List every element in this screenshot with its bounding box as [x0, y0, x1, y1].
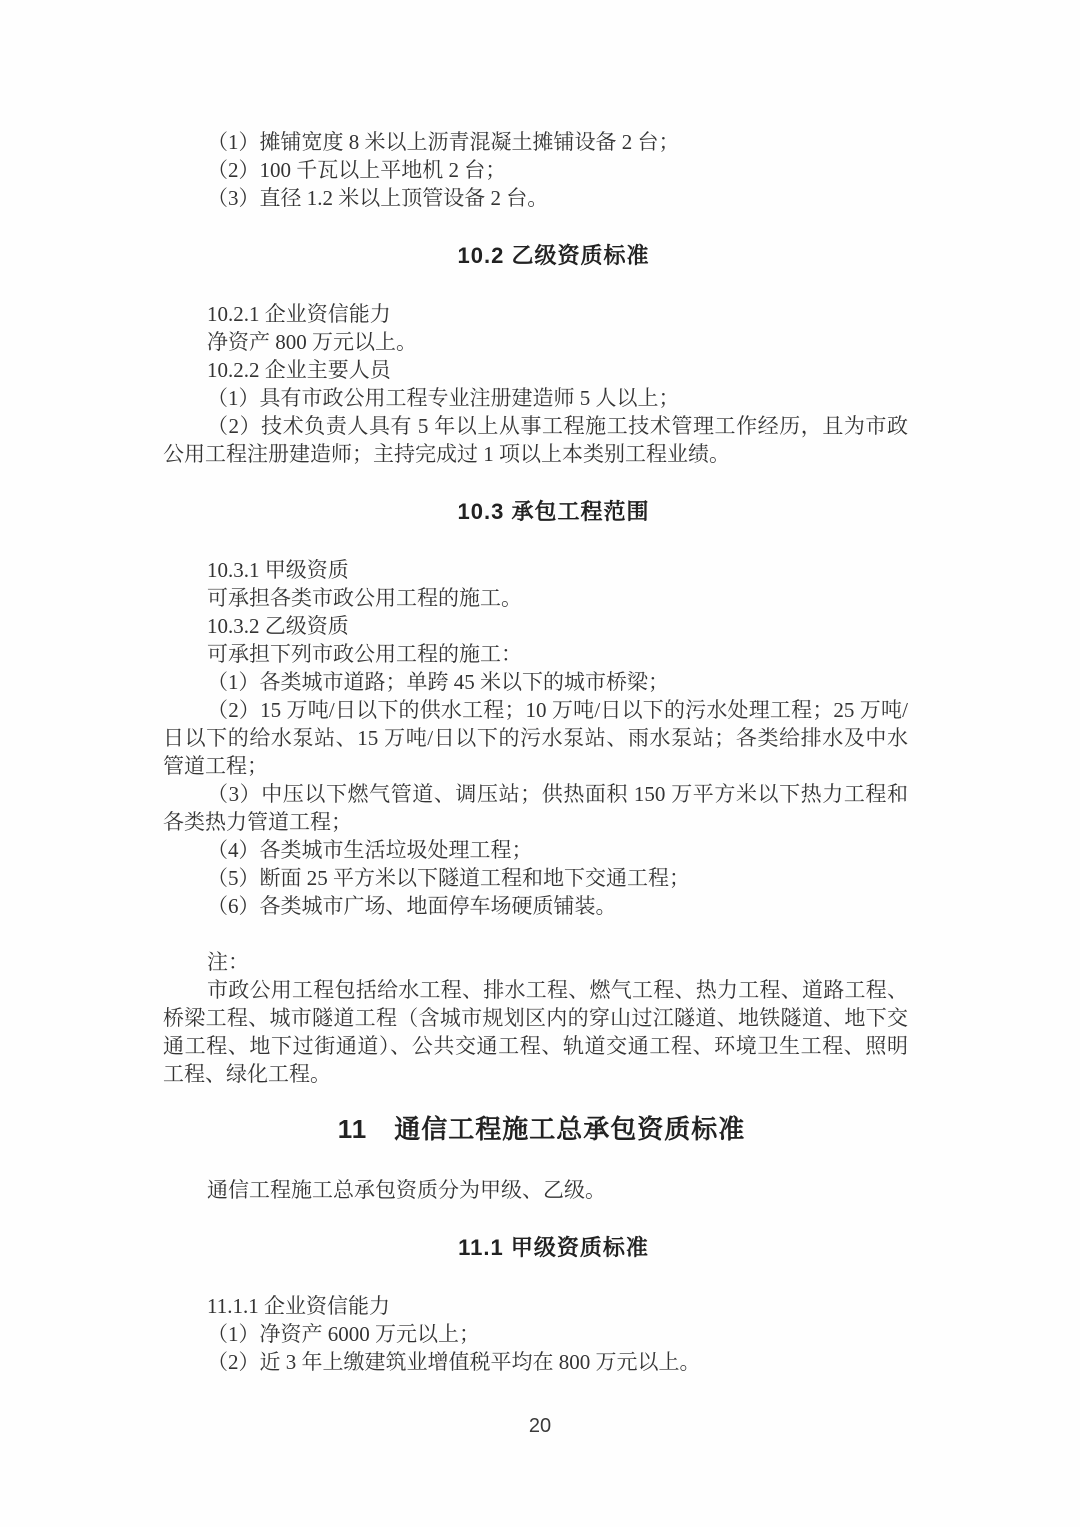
body-paragraph: 注：: [163, 948, 908, 976]
body-paragraph: 10.3.1 甲级资质: [163, 556, 908, 584]
body-paragraph: （1）各类城市道路；单跨 45 米以下的城市桥梁；: [163, 668, 908, 696]
body-paragraph: （3）直径 1.2 米以上顶管设备 2 台。: [163, 184, 908, 212]
body-paragraph: 通信工程施工总承包资质分为甲级、乙级。: [163, 1176, 908, 1204]
body-paragraph: （1）摊铺宽度 8 米以上沥青混凝土摊铺设备 2 台；: [163, 128, 908, 156]
section-heading: 11.1 甲级资质标准: [181, 1234, 926, 1262]
body-paragraph: （1）具有市政公用工程专业注册建造师 5 人以上；: [163, 384, 908, 412]
document-page: （1）摊铺宽度 8 米以上沥青混凝土摊铺设备 2 台；（2）100 千瓦以上平地…: [0, 0, 1080, 1527]
body-paragraph: （3）中压以下燃气管道、调压站；供热面积 150 万平方米以下热力工程和各类热力…: [163, 780, 908, 836]
body-paragraph: 可承担各类市政公用工程的施工。: [163, 584, 908, 612]
body-paragraph: （2）100 千瓦以上平地机 2 台；: [163, 156, 908, 184]
page-number: 20: [0, 1412, 1080, 1440]
body-paragraph: （4）各类城市生活垃圾处理工程；: [163, 836, 908, 864]
section-heading: 10.3 承包工程范围: [181, 498, 926, 526]
body-paragraph: （1）净资产 6000 万元以上；: [163, 1320, 908, 1348]
document-content: （1）摊铺宽度 8 米以上沥青混凝土摊铺设备 2 台；（2）100 千瓦以上平地…: [0, 0, 1080, 1376]
chapter-heading: 11 通信工程施工总承包资质标准: [169, 1112, 914, 1146]
body-paragraph: 10.2.2 企业主要人员: [163, 356, 908, 384]
body-paragraph: 11.1.1 企业资信能力: [163, 1292, 908, 1320]
body-paragraph: （5）断面 25 平方米以下隧道工程和地下交通工程；: [163, 864, 908, 892]
blank-line: [163, 920, 908, 948]
body-paragraph: 净资产 800 万元以上。: [163, 328, 908, 356]
body-paragraph: 10.2.1 企业资信能力: [163, 300, 908, 328]
body-paragraph: 10.3.2 乙级资质: [163, 612, 908, 640]
body-paragraph: （2）技术负责人具有 5 年以上从事工程施工技术管理工作经历，且为市政公用工程注…: [163, 412, 908, 468]
body-paragraph: 市政公用工程包括给水工程、排水工程、燃气工程、热力工程、道路工程、桥梁工程、城市…: [163, 976, 908, 1088]
body-paragraph: （6）各类城市广场、地面停车场硬质铺装。: [163, 892, 908, 920]
body-paragraph: （2）近 3 年上缴建筑业增值税平均在 800 万元以上。: [163, 1348, 908, 1376]
body-paragraph: 可承担下列市政公用工程的施工：: [163, 640, 908, 668]
body-paragraph: （2）15 万吨/日以下的供水工程；10 万吨/日以下的污水处理工程；25 万吨…: [163, 696, 908, 780]
section-heading: 10.2 乙级资质标准: [181, 242, 926, 270]
